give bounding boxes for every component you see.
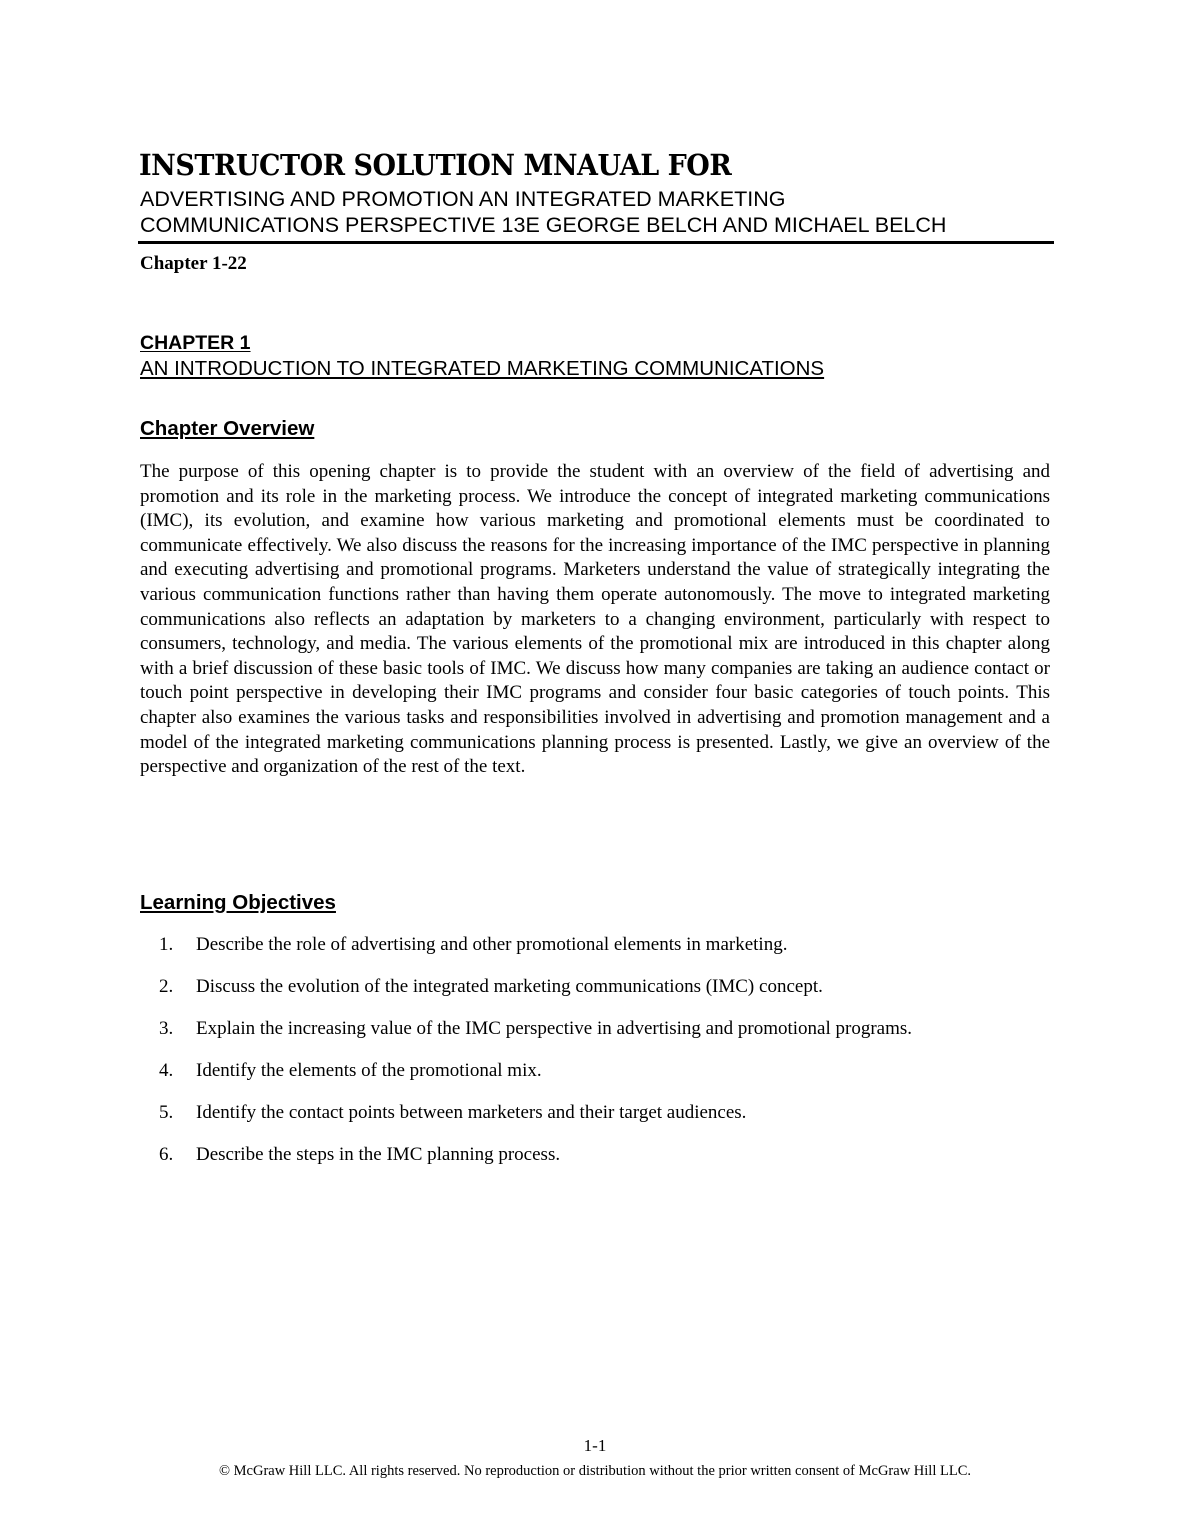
objective-number: 4. (159, 1059, 173, 1083)
objective-number: 2. (159, 975, 173, 999)
chapter-range: Chapter 1-22 (140, 252, 247, 276)
objective-item: 4.Identify the elements of the promotion… (140, 1059, 1060, 1101)
objectives-list: 1.Describe the role of advertising and o… (140, 933, 1060, 1185)
objectives-heading: Learning Objectives (140, 890, 336, 916)
objective-item: 5.Identify the contact points between ma… (140, 1101, 1060, 1143)
objective-number: 1. (159, 933, 173, 957)
objective-text: Identify the elements of the promotional… (196, 1059, 542, 1083)
subtitle-line: COMMUNICATIONS PERSPECTIVE 13E GEORGE BE… (140, 212, 1060, 238)
objective-item: 1.Describe the role of advertising and o… (140, 933, 1060, 975)
objective-text: Describe the role of advertising and oth… (196, 933, 787, 957)
overview-heading: Chapter Overview (140, 416, 314, 442)
overview-paragraph: The purpose of this opening chapter is t… (140, 460, 1050, 780)
objective-text: Discuss the evolution of the integrated … (196, 975, 823, 999)
document-title: INSTRUCTOR SOLUTION MNAUAL FOR (139, 147, 731, 183)
objective-text: Explain the increasing value of the IMC … (196, 1017, 912, 1041)
page-number: 1-1 (0, 1436, 1190, 1456)
header-divider (138, 241, 1054, 244)
objective-item: 3.Explain the increasing value of the IM… (140, 1017, 1060, 1059)
copyright-notice: © McGraw Hill LLC. All rights reserved. … (0, 1462, 1190, 1480)
objective-number: 3. (159, 1017, 173, 1041)
objective-number: 5. (159, 1101, 173, 1125)
objective-text: Identify the contact points between mark… (196, 1101, 746, 1125)
chapter-label: CHAPTER 1 (140, 331, 251, 355)
objective-item: 6.Describe the steps in the IMC planning… (140, 1143, 1060, 1185)
subtitle-line: ADVERTISING AND PROMOTION AN INTEGRATED … (140, 186, 1060, 212)
objective-number: 6. (159, 1143, 173, 1167)
document-page: INSTRUCTOR SOLUTION MNAUAL FOR ADVERTISI… (0, 0, 1190, 1540)
objective-text: Describe the steps in the IMC planning p… (196, 1143, 560, 1167)
document-subtitle: ADVERTISING AND PROMOTION AN INTEGRATED … (140, 186, 1060, 238)
chapter-title: AN INTRODUCTION TO INTEGRATED MARKETING … (140, 356, 824, 382)
objective-item: 2.Discuss the evolution of the integrate… (140, 975, 1060, 1017)
